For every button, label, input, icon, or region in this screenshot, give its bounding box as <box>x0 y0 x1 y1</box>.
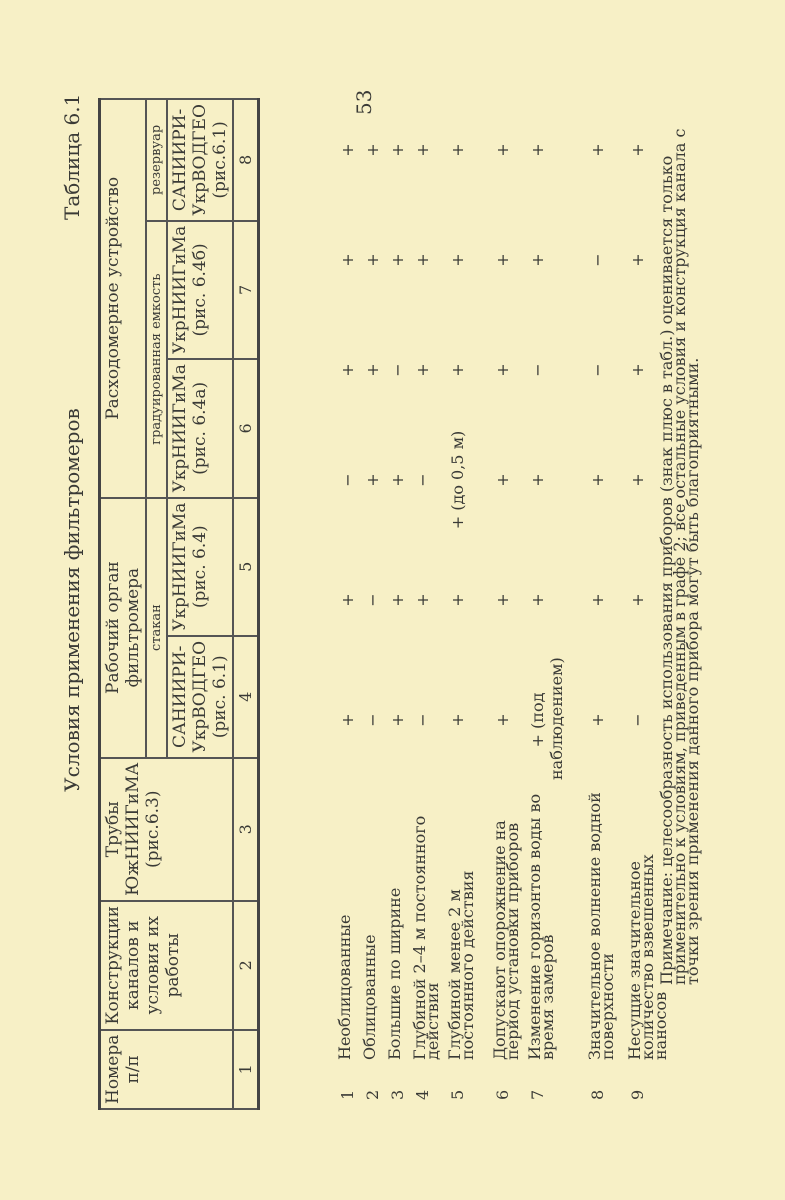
colnum: 6 <box>233 359 259 497</box>
header-pipes: Трубы ЮжНИИГиМА (рис.6.3) <box>100 758 234 901</box>
rotated-page: Таблица 6.1 Условия применения фильтроме… <box>0 0 785 1200</box>
colnum: 8 <box>233 99 259 221</box>
header-num: Номера п/п <box>100 1030 234 1109</box>
header-c5: УкрНИИГиМа (рис. 6.4) <box>167 498 233 636</box>
filtrometer-table: Номера п/п Конструкции каналов и условия… <box>98 98 260 1110</box>
header-c4: САНИИРИ-УкрВОДГЕО (рис. 6.1) <box>167 636 233 758</box>
colnum: 2 <box>233 901 259 1030</box>
header-working-organ: Рабочий орган фильтромера <box>100 498 147 758</box>
header-flow-device: Расходомерное устройство <box>100 99 147 497</box>
header-c7: УкрНИИГиМа (рис. 6.4б) <box>167 221 233 359</box>
colnum: 3 <box>233 758 259 901</box>
header-c8: САНИИРИ-УкрВОДГЕО (рис.6.1) <box>167 99 233 221</box>
colnum: 7 <box>233 221 259 359</box>
colnum: 5 <box>233 498 259 636</box>
header-conditions: Конструкции каналов и условия их работы <box>100 901 234 1030</box>
header-reservoir: резервуар <box>146 99 167 221</box>
footnote: Примечание: целесообразность использован… <box>660 105 699 985</box>
header-c6: УкрНИИГиМа (рис. 6.4а) <box>167 359 233 497</box>
colnum: 4 <box>233 636 259 758</box>
header-graduated-vessel: градуированная емкость <box>146 221 167 498</box>
colnum: 1 <box>233 1030 259 1109</box>
table-title: Условия применения фильтромеров <box>60 0 84 1200</box>
header-glass: стакан <box>146 498 167 758</box>
